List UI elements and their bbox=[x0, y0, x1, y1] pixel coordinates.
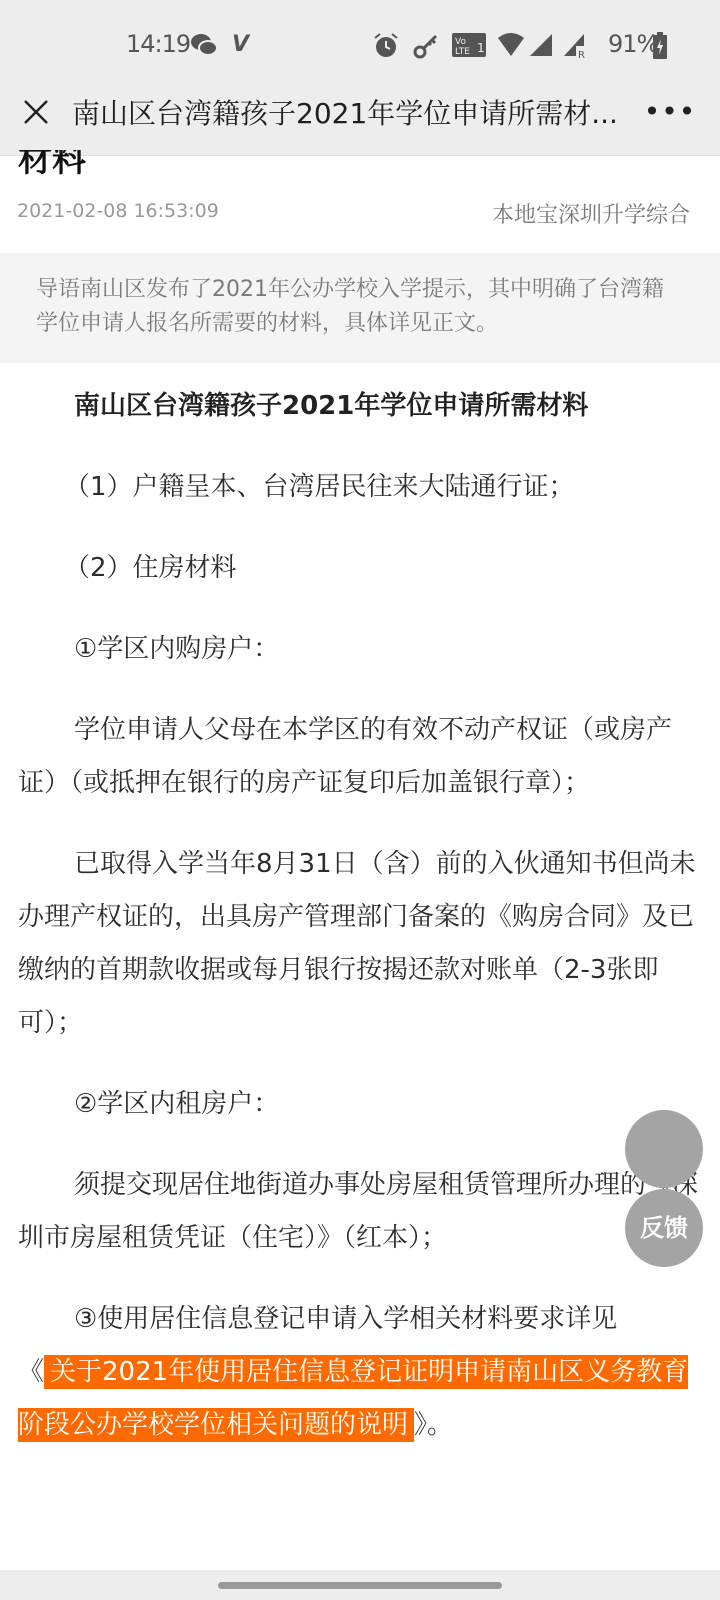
signal-icon bbox=[528, 32, 554, 65]
related-article-link[interactable]: 关于2021年使用居住信息登记证明申请南山区义务教育阶段公办学校学位相关问题的说… bbox=[18, 1355, 688, 1442]
feedback-button[interactable]: 反馈 bbox=[625, 1189, 703, 1267]
page-title: 南山区台湾籍孩子2021年学位申请所需材... bbox=[72, 94, 652, 134]
system-nav-bar bbox=[0, 1570, 720, 1600]
svg-text:R: R bbox=[578, 50, 585, 60]
link-prefix: 《 bbox=[18, 1357, 44, 1387]
signal-roaming-icon: R bbox=[562, 32, 590, 67]
floating-button[interactable] bbox=[625, 1110, 703, 1188]
paragraph: （2）住房材料 bbox=[18, 542, 702, 595]
paragraph: ②学区内租房户： bbox=[18, 1078, 702, 1131]
paragraph: ①学区内购房户： bbox=[18, 623, 702, 676]
article-heading: 南山区台湾籍孩子2021年学位申请所需材料 bbox=[18, 380, 702, 433]
more-icon: ••• bbox=[644, 95, 697, 128]
wifi-icon bbox=[496, 32, 526, 65]
status-time: 14:19 bbox=[126, 30, 190, 58]
article-summary: 导语南山区发布了2021年公办学校入学提示，其中明确了台湾籍学位申请人报名所需要… bbox=[0, 253, 720, 363]
wechat-icon bbox=[190, 32, 218, 65]
svg-text:LTE: LTE bbox=[455, 47, 470, 57]
paragraph: ③使用居住信息登记申请入学相关材料要求详见 bbox=[18, 1293, 702, 1346]
publish-date: 2021-02-08 16:53:09 bbox=[17, 200, 219, 222]
paragraph-link: 《关于2021年使用居住信息登记证明申请南山区义务教育阶段公办学校学位相关问题的… bbox=[18, 1346, 702, 1452]
more-button[interactable]: ••• bbox=[640, 92, 700, 132]
paragraph: 已取得入学当年8月31日（含）前的入伙通知书但尚未办理产权证的，出具房产管理部门… bbox=[18, 838, 702, 1050]
close-button[interactable] bbox=[20, 92, 52, 132]
battery-percent: 91% bbox=[608, 30, 658, 58]
v-app-icon: V bbox=[232, 32, 249, 58]
svg-text:1: 1 bbox=[477, 41, 485, 55]
link-suffix: 》。 bbox=[414, 1410, 453, 1440]
paragraph: 须提交现居住地街道办事处房屋租赁管理所办理的《深圳市房屋租赁凭证（住宅）》（红本… bbox=[18, 1159, 702, 1265]
key-icon bbox=[412, 32, 440, 67]
svg-text:Vo: Vo bbox=[455, 37, 466, 47]
paragraph: （1）户籍呈本、台湾居民往来大陆通行证； bbox=[18, 461, 702, 514]
battery-charging-icon bbox=[652, 32, 668, 67]
feedback-label: 反馈 bbox=[625, 1189, 703, 1267]
close-icon bbox=[21, 97, 51, 127]
home-indicator[interactable] bbox=[218, 1582, 502, 1589]
volte-icon: VoLTE1 bbox=[452, 32, 486, 65]
paragraph: 学位申请人父母在本学区的有效不动产权证（或房产证）（或抵押在银行的房产证复印后加… bbox=[18, 704, 702, 810]
alarm-icon bbox=[372, 32, 400, 67]
nav-bar: 南山区台湾籍孩子2021年学位申请所需材... ••• bbox=[0, 72, 720, 156]
article-body: 南山区台湾籍孩子2021年学位申请所需材料 （1）户籍呈本、台湾居民往来大陆通行… bbox=[18, 380, 702, 1480]
article-title-tail: 材料 bbox=[18, 150, 86, 178]
article-source[interactable]: 本地宝深圳升学综合 bbox=[492, 198, 690, 229]
